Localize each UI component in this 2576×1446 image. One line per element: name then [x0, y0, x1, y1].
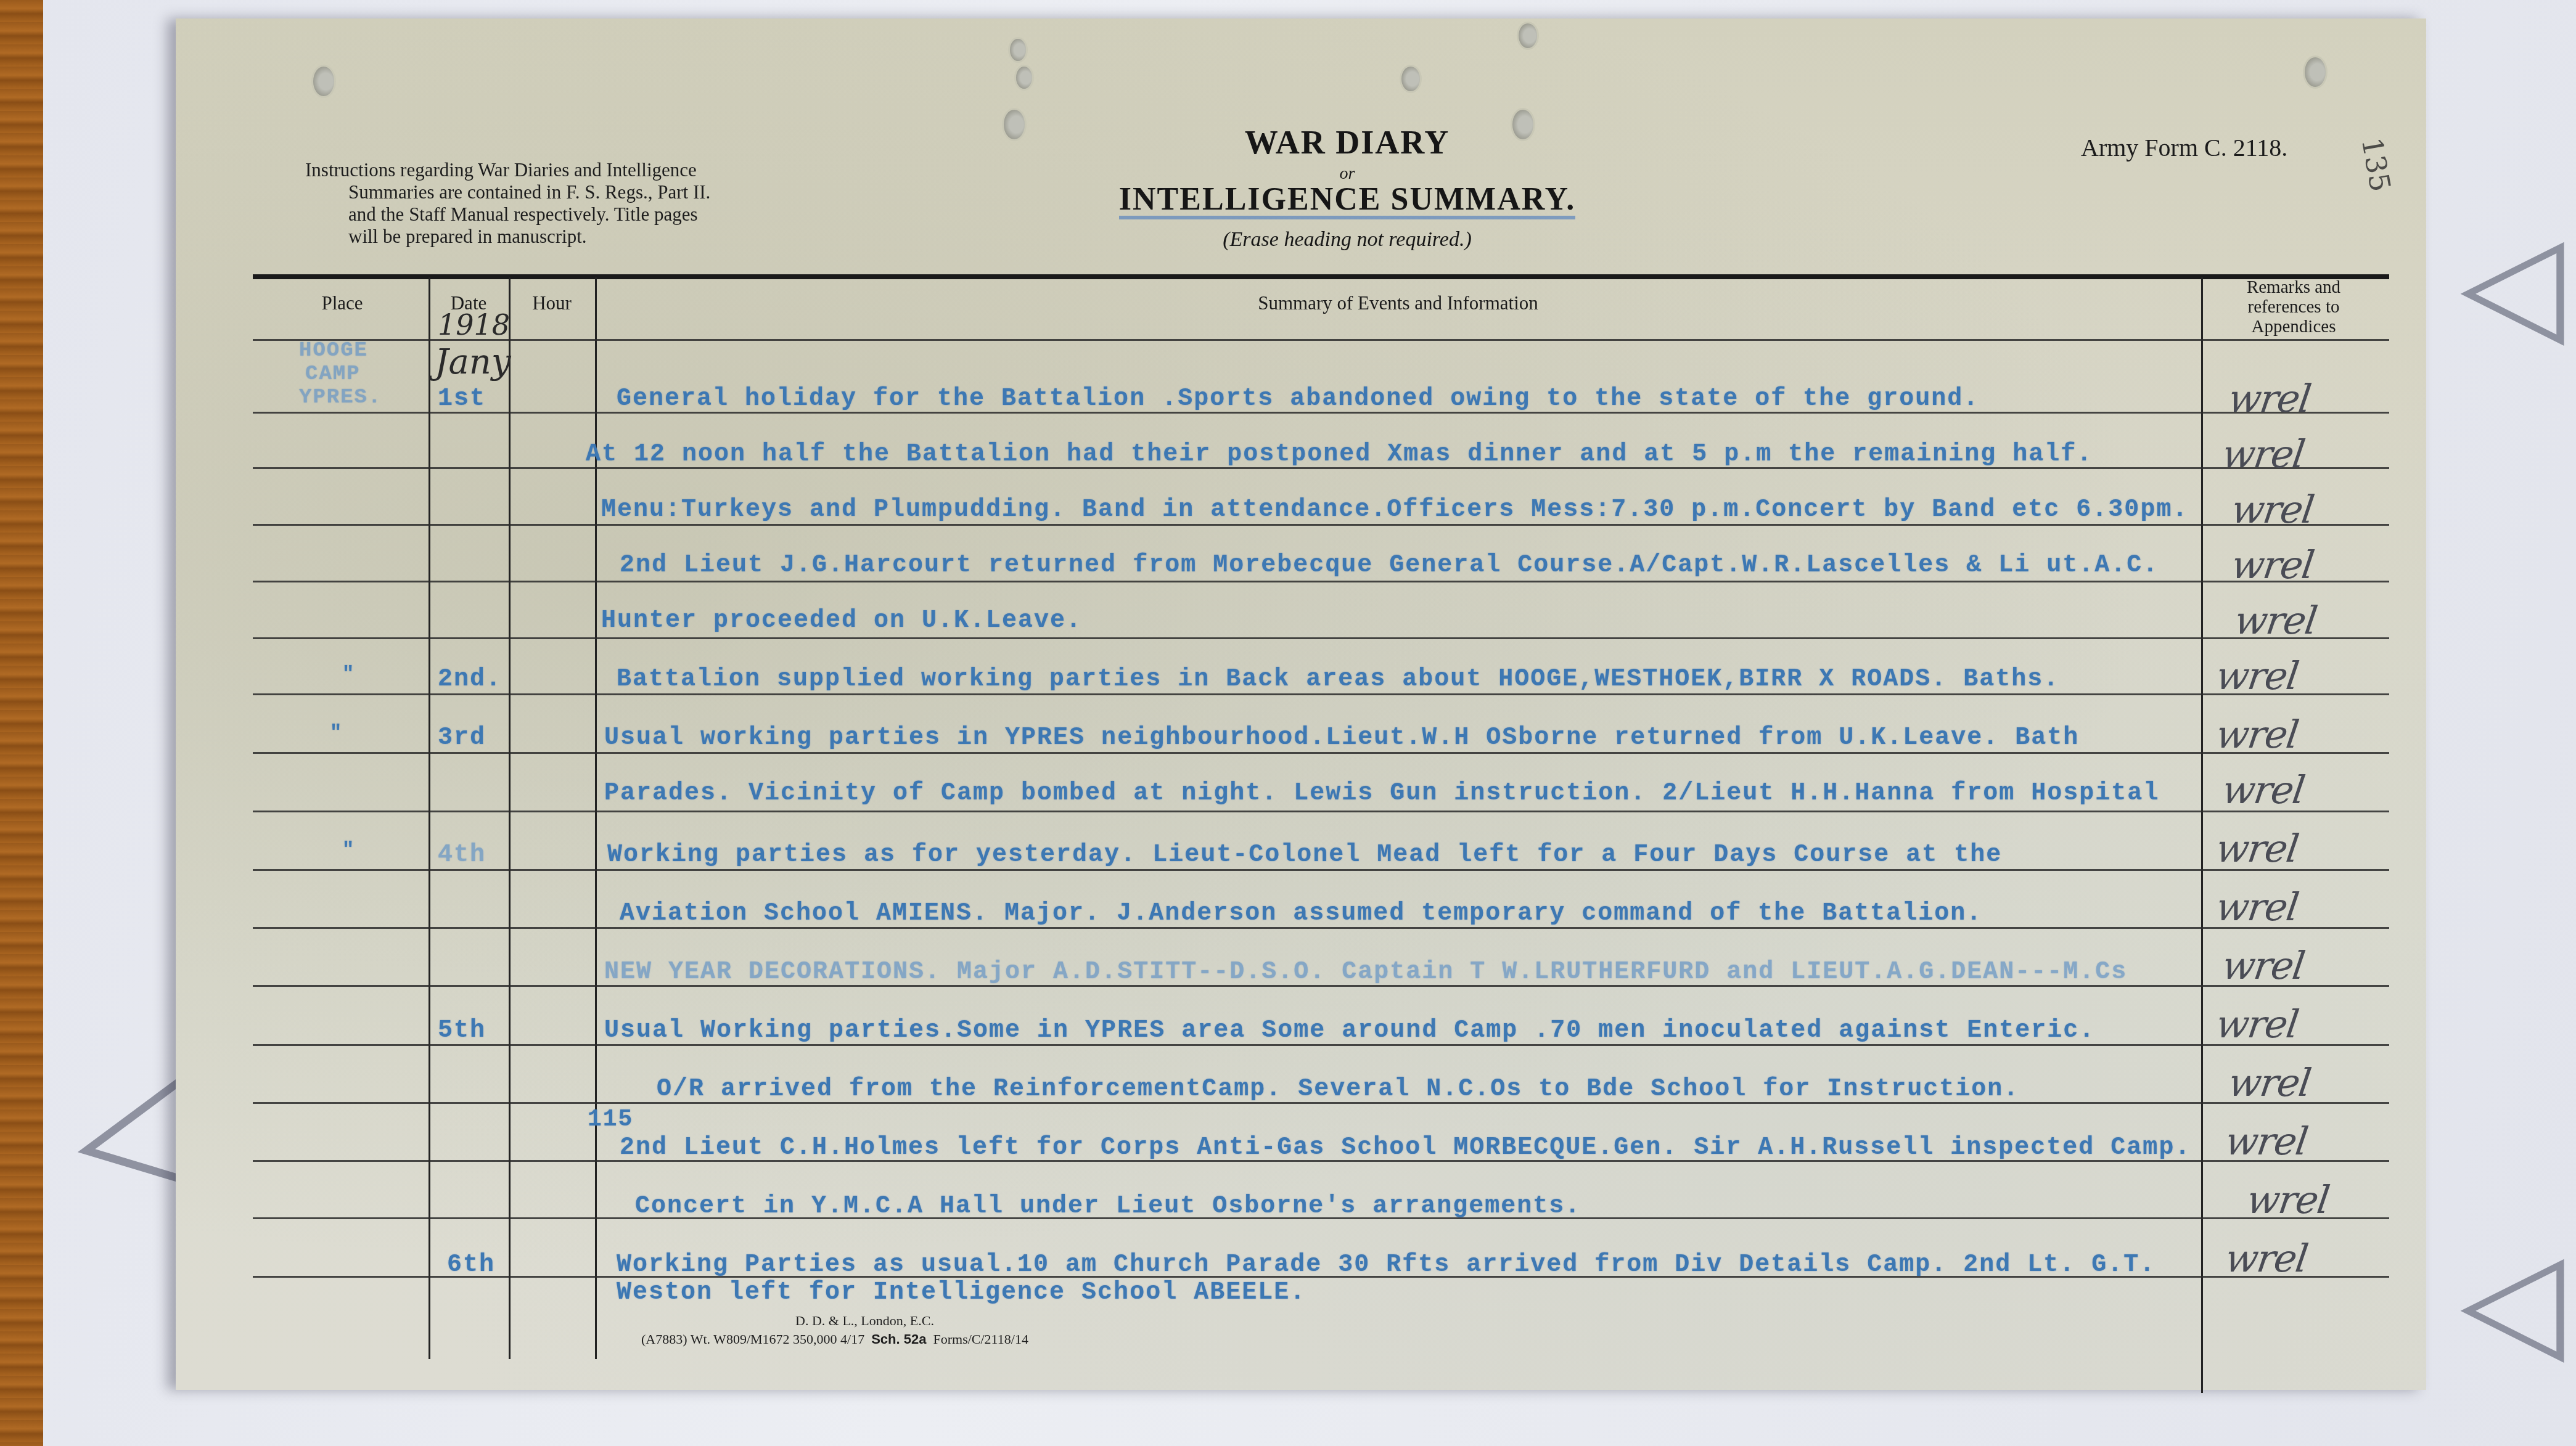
form-title: WAR DIARY or INTELLIGENCE SUMMARY. (Eras…: [1070, 123, 1625, 251]
entry-text: Hunter proceeded on U.K.Leave.: [601, 607, 1082, 635]
month-handwritten: Jany: [435, 342, 511, 382]
pencil-sketch-right-bottom: ◁: [2460, 1220, 2564, 1379]
instructions-line: and the Staff Manual respectively. Title…: [305, 203, 872, 226]
punch-hole: [1002, 108, 1027, 141]
row-rule: [253, 637, 2389, 639]
entry-text: 2nd Lieut J.G.Harcourt returned from Mor…: [620, 552, 2159, 579]
entry-text: Weston left for Intelligence School ABEE…: [617, 1279, 1306, 1307]
instructions-line: will be prepared in manuscript.: [305, 226, 872, 248]
instructions-line: Summaries are contained in F. S. Regs., …: [305, 181, 872, 203]
punch-hole: [1014, 65, 1034, 91]
wooden-desk-edge: [0, 0, 43, 1446]
form-instructions: Instructions regarding War Diaries and I…: [305, 159, 872, 248]
entry-text: Usual Working parties.Some in YPRES area…: [604, 1017, 2095, 1045]
remarks-initials: wrel: [2220, 431, 2307, 476]
ditto-mark: ": [330, 721, 343, 744]
entry-date: 1st: [438, 385, 486, 413]
remarks-initials: wrel: [2223, 1119, 2310, 1164]
entry-text: Menu:Turkeys and Plumpudding. Band in at…: [601, 496, 2188, 524]
column-divider: [429, 277, 430, 1359]
war-diary-page: Instructions regarding War Diaries and I…: [176, 18, 2426, 1390]
punch-hole: [311, 65, 336, 98]
title-or: or: [1070, 164, 1625, 184]
entry-date: 6th: [447, 1251, 495, 1279]
row-rule: [253, 869, 2389, 871]
printer-imprint-codes: (A7883) Wt. W809/M1672 350,000 4/17 Sch.…: [641, 1331, 1028, 1347]
remarks-initials: wrel: [2220, 767, 2307, 812]
entry-text: Usual working parties in YPRES neighbour…: [604, 724, 2079, 752]
column-header-remarks: Remarks and references to Appendices: [2201, 277, 2386, 337]
place-cell: HOOGE CAMP YPRES.: [299, 339, 422, 409]
row-rule: [253, 581, 2389, 582]
entry-text: O/R arrived from the ReinforcementCamp. …: [657, 1076, 2019, 1103]
column-divider: [595, 277, 597, 1359]
entry-date: 2nd.: [438, 666, 502, 693]
title-war-diary: WAR DIARY: [1070, 123, 1625, 161]
entry-text: At 12 noon half the Battalion had their …: [586, 441, 2093, 468]
instructions-line: Instructions regarding War Diaries and I…: [305, 159, 872, 181]
header-rule: [253, 339, 2389, 341]
remarks-initials: wrel: [2220, 943, 2307, 988]
entry-text: Parades. Vicinity of Camp bombed at nigh…: [604, 780, 2159, 807]
ditto-mark: ": [342, 663, 355, 685]
punch-hole: [2303, 55, 2328, 89]
remarks-initials: wrel: [2213, 712, 2300, 757]
remarks-initials: wrel: [2213, 1002, 2300, 1047]
archive-stamp: 135: [2355, 135, 2397, 194]
punch-hole: [1517, 22, 1539, 50]
remarks-initials: wrel: [2213, 653, 2300, 698]
column-divider: [2201, 277, 2203, 1393]
punch-hole: [1008, 37, 1028, 63]
row-rule: [253, 811, 2389, 812]
table-top-rule: [253, 274, 2389, 279]
entry-text: NEW YEAR DECORATIONS. Major A.D.STITT--D…: [604, 958, 2127, 986]
entry-date: 3rd: [438, 724, 486, 752]
entry-text: Battalion supplied working parties in Ba…: [617, 666, 2059, 693]
column-header-hour: Hour: [509, 293, 595, 314]
printer-imprint: D. D. & L., London, E.C.: [795, 1313, 934, 1329]
ditto-mark: ": [342, 838, 355, 861]
remarks-initials: wrel: [2226, 376, 2313, 421]
army-form-number: Army Form C. 2118.: [2081, 133, 2287, 162]
title-intelligence-summary: INTELLIGENCE SUMMARY.: [1119, 184, 1575, 219]
row-rule: [253, 693, 2389, 695]
margin-number: 115: [588, 1106, 633, 1133]
column-header-place: Place: [256, 293, 429, 314]
remarks-initials: wrel: [2244, 1177, 2331, 1222]
remarks-initials: wrel: [2229, 487, 2316, 532]
entry-date: 5th: [438, 1017, 486, 1045]
row-rule: [253, 752, 2389, 754]
column-header-summary: Summary of Events and Information: [595, 293, 2201, 314]
entry-text: Aviation School AMIENS. Major. J.Anderso…: [620, 900, 1982, 928]
entry-text: Working parties as for yesterday. Lieut-…: [607, 841, 2002, 869]
remarks-initials: wrel: [2232, 598, 2319, 643]
punch-hole: [1400, 65, 1422, 93]
title-note: (Erase heading not required.): [1070, 228, 1625, 251]
column-divider: [509, 277, 511, 1359]
remarks-initials: wrel: [2226, 1060, 2313, 1105]
remarks-initials: wrel: [2213, 884, 2300, 929]
remarks-initials: wrel: [2229, 542, 2316, 587]
remarks-initials: wrel: [2223, 1236, 2310, 1281]
pencil-sketch-right-top: ◁: [2460, 203, 2564, 362]
entry-date: 4th: [438, 841, 486, 869]
entry-text: 2nd Lieut C.H.Holmes left for Corps Anti…: [620, 1134, 2191, 1162]
entry-text: Concert in Y.M.C.A Hall under Lieut Osbo…: [635, 1193, 1581, 1220]
entry-text: General holiday for the Battalion .Sport…: [617, 385, 1979, 413]
row-rule: [253, 524, 2389, 526]
date-year-handwritten: 1918: [438, 308, 510, 341]
remarks-initials: wrel: [2213, 826, 2300, 871]
entry-text: Working Parties as usual.10 am Church Pa…: [617, 1251, 2156, 1279]
